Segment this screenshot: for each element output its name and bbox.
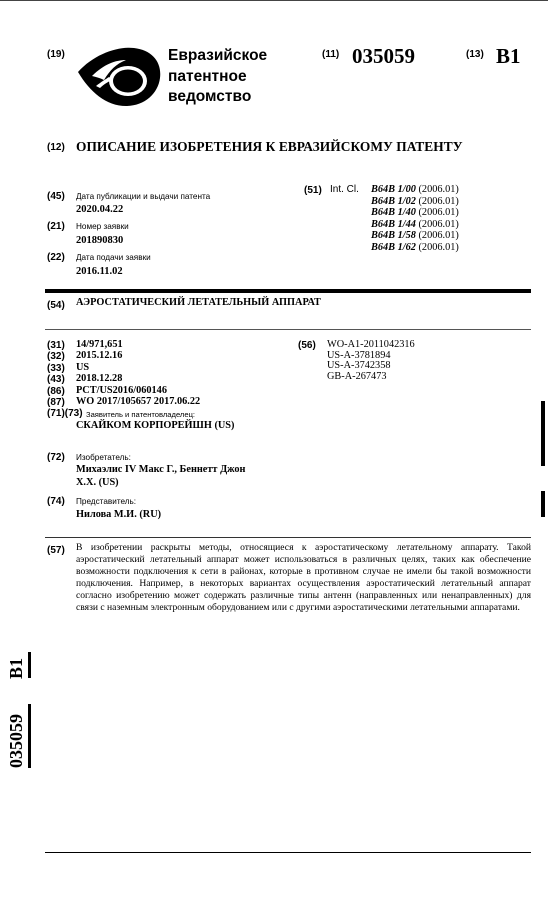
representative-value: Нилова М.И. (RU) xyxy=(76,509,161,520)
representative-label: Представитель: xyxy=(76,497,136,506)
ipc-class-item: B64B 1/44 (2006.01) xyxy=(371,219,459,231)
inid-code-33: (33) xyxy=(47,363,65,374)
publication-date-label: Дата публикации и выдачи патента xyxy=(76,192,210,201)
inid-code-22: (22) xyxy=(47,252,65,263)
inid-code-54: (54) xyxy=(47,300,65,311)
organization-name: Евразийское патентное ведомство xyxy=(168,46,267,108)
priority-number: 14/971,651 xyxy=(76,339,123,350)
inid-code-12: (12) xyxy=(47,142,65,153)
inid-code-43: (43) xyxy=(47,374,65,385)
publication-date-value: 2020.04.22 xyxy=(76,204,123,215)
inid-code-45: (45) xyxy=(47,191,65,202)
priority-date: 2015.12.16 xyxy=(76,350,122,361)
priority-country: US xyxy=(76,362,89,373)
ipc-class-item: B64B 1/62 (2006.01) xyxy=(371,242,459,254)
application-publication-date: 2018.12.28 xyxy=(76,373,122,384)
inid-code-72: (72) xyxy=(47,452,65,463)
eapo-eye-logo-icon xyxy=(76,46,162,108)
citations-list: WO-A1-2011042316 US-A-3781894 US-A-37423… xyxy=(327,340,415,382)
section-divider-thick xyxy=(45,289,531,293)
margin-marker-bar xyxy=(541,491,545,517)
ipc-class-item: B64B 1/58 (2006.01) xyxy=(371,230,459,242)
top-border xyxy=(0,0,548,1)
kind-code: B1 xyxy=(496,44,521,69)
org-line-3: ведомство xyxy=(168,87,267,108)
org-line-2: патентное xyxy=(168,67,267,88)
abstract-text: В изобретении раскрыты методы, относящие… xyxy=(76,542,531,614)
citation-item: GB-A-267473 xyxy=(327,372,415,383)
filing-date-value: 2016.11.02 xyxy=(76,266,123,277)
document-title: ОПИСАНИЕ ИЗОБРЕТЕНИЯ К ЕВРАЗИЙСКОМУ ПАТЕ… xyxy=(76,139,463,155)
inventor-label: Изобретатель: xyxy=(76,453,131,462)
inid-code-13: (13) xyxy=(466,49,484,60)
invention-title: АЭРОСТАТИЧЕСКИЙ ЛЕТАТЕЛЬНЫЙ АППАРАТ xyxy=(76,297,321,308)
applicant-label: Заявитель и патентовладелец: xyxy=(86,410,195,419)
inid-code-74: (74) xyxy=(47,496,65,507)
filing-date-label: Дата подачи заявки xyxy=(76,253,151,262)
inid-code-87: (87) xyxy=(47,397,65,408)
inid-code-19: (19) xyxy=(47,49,65,60)
publication-number: 035059 xyxy=(352,44,415,69)
inventor-value-line-1: Михаэлис IV Макс Г., Беннетт Джон xyxy=(76,464,245,475)
ipc-class-item: B64B 1/02 (2006.01) xyxy=(371,196,459,208)
ipc-class-item: B64B 1/40 (2006.01) xyxy=(371,207,459,219)
abstract-divider xyxy=(45,537,531,538)
inid-code-11: (11) xyxy=(322,49,339,60)
citation-item: WO-A1-2011042316 xyxy=(327,340,415,351)
inid-code-57: (57) xyxy=(47,545,65,556)
side-publication-number: 035059 xyxy=(6,714,27,768)
int-cl-label: Int. Cl. xyxy=(330,184,359,195)
margin-marker-bar xyxy=(541,401,545,466)
ipc-class-item: B64B 1/00 (2006.01) xyxy=(371,184,459,196)
inid-code-86: (86) xyxy=(47,386,65,397)
side-kind-code: B1 xyxy=(6,658,27,679)
inid-code-56: (56) xyxy=(298,340,316,351)
pct-publication: WO 2017/105657 2017.06.22 xyxy=(76,396,200,407)
bottom-divider xyxy=(45,852,531,853)
side-marker-bar xyxy=(28,704,31,768)
inid-code-31: (31) xyxy=(47,340,65,351)
ipc-class-list: B64B 1/00 (2006.01) B64B 1/02 (2006.01) … xyxy=(371,184,459,254)
section-divider-thin xyxy=(45,329,531,330)
pct-application: PCT/US2016/060146 xyxy=(76,385,167,396)
inid-code-21: (21) xyxy=(47,221,65,232)
application-number-label: Номер заявки xyxy=(76,222,129,231)
inid-code-71-73: (71)(73) xyxy=(47,408,83,419)
application-number-value: 201890830 xyxy=(76,235,123,246)
applicant-value: СКАЙКОМ КОРПОРЕЙШН (US) xyxy=(76,420,234,431)
inid-code-51: (51) xyxy=(304,185,322,196)
inventor-value-line-2: Х.Х. (US) xyxy=(76,477,119,488)
org-line-1: Евразийское xyxy=(168,46,267,67)
inid-code-32: (32) xyxy=(47,351,65,362)
side-marker-bar xyxy=(28,652,31,678)
